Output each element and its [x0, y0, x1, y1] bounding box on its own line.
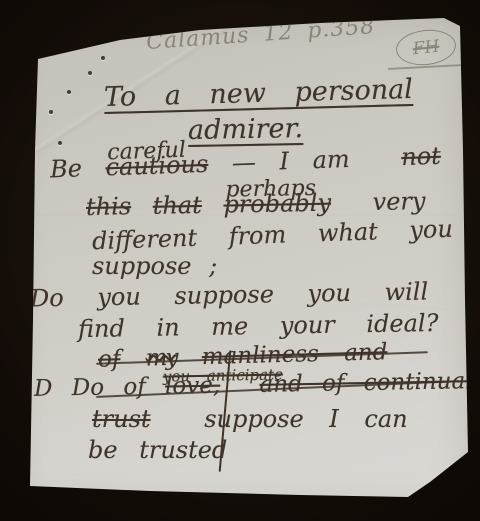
- word: very: [372, 187, 425, 216]
- manuscript-line-6: find in me your ideal?: [78, 309, 439, 343]
- struck-word: of: [98, 346, 121, 373]
- inserted-word: careful: [107, 138, 186, 166]
- poem-title-line1: To a new personal: [104, 74, 414, 113]
- pinhole: [49, 110, 53, 114]
- pinhole: [88, 71, 92, 75]
- revision-stack: you anticipate love,: [165, 373, 221, 400]
- word: Be: [50, 154, 83, 183]
- word: D Do: [34, 375, 104, 402]
- manuscript-line-2: this that perhaps probably very: [86, 187, 426, 221]
- pinhole: [67, 90, 71, 94]
- manuscript-line-4: suppose ;: [92, 252, 217, 280]
- poem-title-line2: admirer.: [188, 113, 304, 146]
- pencil-heading: Calamus 12 p.358: [145, 14, 376, 55]
- manuscript-photo: Calamus 12 p.358 FH To a new personal ad…: [0, 0, 480, 521]
- line-text: suppose ;: [92, 252, 217, 280]
- word: — I am: [231, 145, 350, 177]
- manuscript-line-9: trust suppose I can: [92, 405, 408, 433]
- circled-mark: FH: [394, 27, 457, 68]
- revision-stack: careful cautious: [105, 150, 209, 182]
- circled-mark-text: FH: [412, 36, 441, 59]
- line-text: different from what you: [92, 215, 454, 256]
- struck-word: that: [153, 191, 203, 220]
- title-text: admirer.: [188, 113, 304, 146]
- struck-word: this: [86, 192, 132, 221]
- inserted-struck-phrase: you anticipate: [163, 365, 283, 385]
- line-text: be trusted: [88, 436, 227, 464]
- revision-stack: perhaps probably: [223, 189, 331, 219]
- word: .: [464, 141, 473, 169]
- word: suppose I can: [204, 405, 407, 433]
- pinhole: [101, 56, 105, 60]
- manuscript-line-3: different from what you: [92, 215, 454, 256]
- struck-phrase: and of continual: [259, 368, 472, 398]
- struck-word: trust: [92, 405, 151, 433]
- inserted-word: perhaps: [225, 176, 316, 203]
- line-text: find in me your ideal?: [78, 309, 439, 343]
- manuscript-line-10: be trusted: [88, 436, 227, 464]
- paper-sheet: Calamus 12 p.358 FH To a new personal ad…: [0, 0, 480, 521]
- struck-word: not: [401, 142, 442, 171]
- manuscript-line-5: Do you suppose you will: [30, 278, 429, 313]
- title-text: To a new personal: [104, 74, 414, 113]
- pinhole: [58, 141, 62, 145]
- line-text: Do you suppose you will: [30, 278, 429, 313]
